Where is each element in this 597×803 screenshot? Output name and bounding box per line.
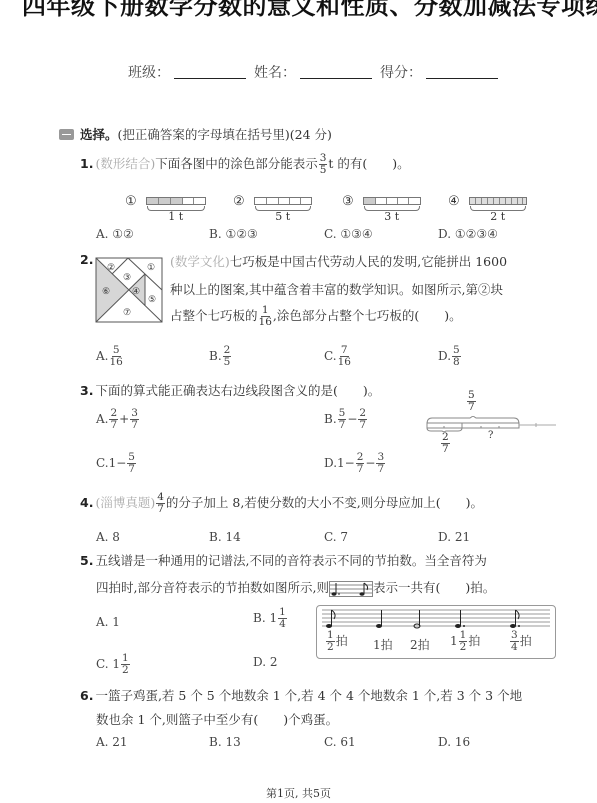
question-tag: (数形结合) [95, 156, 155, 171]
svg-text:⑤: ⑤ [148, 295, 156, 305]
whole: 1 [373, 638, 381, 652]
segment-bar [426, 416, 566, 432]
denominator: 7 [131, 420, 138, 431]
fraction: 27 [441, 432, 450, 455]
question-2-line-3: 占整个七巧板的116,涂色部分占整个七巧板的( )。 [170, 305, 462, 328]
score-label: 得分： [380, 62, 422, 82]
denominator: 7 [128, 464, 135, 475]
q5-option-c[interactable]: C. 112 [96, 653, 131, 676]
q5-option-b[interactable]: B. 114 [253, 607, 288, 630]
denominator: 7 [110, 420, 117, 431]
q1-figure-3: ③ 3 t [342, 190, 421, 209]
q2-option-d[interactable]: D.58 [438, 345, 462, 368]
q1-figure-1: ① 1 t [125, 190, 206, 209]
figure-mark: ④ [448, 194, 460, 209]
question-text: 下面的算式能正确表达右边线段图含义的是( )。 [95, 383, 380, 398]
expression-prefix: 1− [109, 456, 127, 470]
fraction: 27 [109, 408, 118, 431]
fraction: 516 [109, 345, 122, 368]
fraction: 57 [467, 390, 476, 413]
denominator: 16 [109, 357, 122, 368]
unit: 拍 [468, 634, 480, 648]
question-text: 七巧板是中国古代劳动人民的发明,它能拼出 1600 [230, 254, 507, 269]
unknown-mark: ? [488, 430, 493, 441]
question-5-line-1: 5.五线谱是一种通用的记谱法,不同的音符表示不同的节拍数。当全音符为 [80, 551, 487, 569]
denominator: 7 [339, 420, 346, 431]
q1-option-d[interactable]: D. ①②③④ [438, 227, 498, 241]
note-label-quarter: 1拍 [373, 636, 393, 653]
option-text: C. 1 [96, 657, 120, 671]
fraction: 57 [338, 408, 347, 431]
q1-figure-2: ② 5 t [233, 190, 312, 209]
question-3: 3.下面的算式能正确表达右边线段图含义的是( )。 [80, 381, 380, 399]
expression-prefix: 1− [337, 456, 355, 470]
denominator: 2 [122, 665, 129, 676]
bar-label: 2 t [470, 210, 526, 223]
section-header: 选择。 (把正确答案的字母填在括号里)(24 分) [59, 125, 332, 143]
fraction: 12 [459, 630, 468, 653]
bar-diagram: 5 t [254, 197, 312, 205]
denominator: 7 [157, 504, 164, 515]
option-letter: B. [324, 412, 337, 426]
fraction: 37 [376, 452, 385, 475]
question-5-line-2: 四拍时,部分音符表示的节拍数如图所示,则表示一共有( )拍。 [96, 578, 495, 597]
q6-option-a[interactable]: A. 21 [96, 735, 128, 749]
q3-option-c[interactable]: C.1−57 [96, 452, 137, 475]
q2-option-a[interactable]: A.516 [96, 345, 124, 368]
operator: − [347, 412, 357, 426]
svg-text:⑥: ⑥ [102, 287, 110, 297]
class-blank[interactable] [174, 77, 246, 79]
question-text: 占整个七巧板的 [170, 308, 258, 323]
fraction: 58 [452, 345, 461, 368]
question-tag: (数学文化) [170, 254, 230, 269]
denominator: 7 [357, 464, 364, 475]
fraction: 25 [223, 345, 232, 368]
fraction: 716 [338, 345, 351, 368]
svg-text:①: ① [147, 263, 155, 273]
q6-option-b[interactable]: B. 13 [209, 735, 241, 749]
question-2-number: 2. [80, 252, 95, 267]
question-2-line-2: 种以上的图案,其中蕴含着丰富的数学知识。如图所示,第②块 [170, 280, 503, 298]
option-letter: B. [209, 349, 222, 363]
tangram-diagram: ② ① ③ ⑥ ④ ⑤ ⑦ [95, 257, 163, 323]
page-footer: 第1页, 共5页 [0, 785, 597, 801]
question-number: 4. [80, 495, 93, 510]
denominator: 16 [259, 317, 272, 328]
note-label-dotted-quarter: 112拍 [450, 630, 480, 653]
section-instruction: (把正确答案的字母填在括号里)(24 分) [118, 125, 332, 143]
whole: 1 [450, 634, 458, 648]
question-6-line-2: 数也余 1 个,则篮子中至少有( )个鸡蛋。 [96, 710, 338, 728]
bar-label: 1 t [147, 210, 205, 223]
question-6-line-1: 6.一篮子鸡蛋,若 5 个 5 个地数余 1 个,若 4 个 4 个地数余 1 … [80, 686, 522, 704]
denominator: 2 [327, 642, 334, 653]
option-letter: D. [324, 456, 337, 470]
figure-mark: ① [125, 194, 137, 209]
denominator: 4 [511, 642, 518, 653]
class-label: 班级： [128, 62, 170, 82]
option-text: B. 1 [253, 611, 277, 625]
question-text: 一篮子鸡蛋,若 5 个 5 个地数余 1 个,若 4 个 4 个地数余 1 个,… [95, 688, 522, 703]
denominator: 7 [468, 402, 475, 413]
fraction: 27 [356, 452, 365, 475]
question-text: 五线谱是一种通用的记谱法,不同的音符表示不同的节拍数。当全音符为 [95, 553, 486, 568]
music-staff-figure: 12拍 1拍 2拍 112拍 34拍 [316, 605, 556, 659]
q4-option-b[interactable]: B. 14 [209, 530, 241, 544]
denominator: 8 [453, 357, 460, 368]
unit: 拍 [336, 634, 348, 648]
bar-label: 3 t [364, 210, 420, 223]
bar-diagram: 1 t [146, 197, 206, 205]
note-label-eighth: 12拍 [325, 630, 348, 653]
option-letter: C. [324, 349, 337, 363]
q3-option-d[interactable]: D.1−27−37 [324, 452, 386, 475]
minus-box-icon [59, 129, 74, 140]
fraction: 57 [127, 452, 136, 475]
q1-option-c[interactable]: C. ①③④ [324, 227, 373, 241]
fraction: 116 [259, 305, 272, 328]
score-blank[interactable] [426, 77, 498, 79]
svg-text:②: ② [107, 263, 115, 273]
note-label-dotted-eighth: 34拍 [509, 630, 532, 653]
question-tag: (淄博真题) [95, 495, 155, 510]
q5-option-a[interactable]: A. 1 [96, 615, 120, 629]
bar-diagram: 2 t [469, 197, 527, 205]
q4-option-a[interactable]: A. 8 [96, 530, 120, 544]
line-segment-diagram: 57 27 ? [426, 390, 566, 460]
q3-option-b[interactable]: B.57−27 [324, 408, 368, 431]
fraction: 47 [156, 492, 165, 515]
question-4: 4.(淄博真题)47的分子加上 8,若使分数的大小不变,则分母应加上( )。 [80, 492, 483, 515]
q6-option-d[interactable]: D. 16 [438, 735, 470, 749]
worksheet-title: 四年级下册数学分数的意义和性质、分数加减法专项练习 [22, 0, 597, 21]
whole: 2 [410, 638, 418, 652]
question-text: 下面各图中的涂色部分能表示 [155, 156, 318, 171]
fraction: 37 [130, 408, 139, 431]
question-text: 表示一共有( )拍。 [373, 580, 495, 595]
notes-inline-icon [329, 581, 373, 597]
fraction: 14 [278, 607, 287, 630]
student-info: 班级： 姓名： 得分： [128, 62, 506, 82]
figure-mark: ② [233, 194, 245, 209]
q4-option-c[interactable]: C. 7 [324, 530, 348, 544]
unit: 拍 [520, 634, 532, 648]
fraction: 12 [326, 630, 335, 653]
fraction: 12 [121, 653, 130, 676]
q3-option-a[interactable]: A.27+37 [96, 408, 140, 431]
question-number: 1. [80, 156, 93, 171]
denominator: 2 [460, 642, 467, 653]
name-label: 姓名： [254, 62, 296, 82]
denominator: 4 [279, 619, 286, 630]
question-text: ,涂色部分占整个七巧板的( )。 [273, 308, 462, 323]
denominator: 7 [359, 420, 366, 431]
question-1: 1.(数形结合)下面各图中的涂色部分能表示35t 的有( )。 [80, 153, 410, 176]
figure-mark: ③ [342, 194, 354, 209]
fraction: 35 [319, 153, 328, 176]
bar-diagram: 3 t [363, 197, 421, 205]
fraction: 34 [510, 630, 519, 653]
denominator: 5 [224, 357, 231, 368]
unit: 拍 [381, 638, 393, 652]
svg-text:⑦: ⑦ [123, 308, 131, 318]
question-text: 四拍时,部分音符表示的节拍数如图所示,则 [96, 580, 329, 595]
q6-option-c[interactable]: C. 61 [324, 735, 356, 749]
question-number: 3. [80, 383, 93, 398]
bar-label: 5 t [255, 210, 311, 223]
operator: − [365, 456, 375, 470]
svg-text:④: ④ [132, 287, 140, 297]
option-letter: C. [96, 456, 109, 470]
svg-text:③: ③ [123, 273, 131, 283]
question-text: t 的有( )。 [328, 156, 409, 171]
fraction: 27 [358, 408, 367, 431]
q1-figure-4: ④ 2 t [448, 190, 527, 209]
denominator: 7 [442, 444, 449, 455]
q2-option-c[interactable]: C.716 [324, 345, 352, 368]
note-label-half: 2拍 [410, 636, 430, 653]
question-2-line-1: (数学文化)七巧板是中国古代劳动人民的发明,它能拼出 1600 [170, 252, 507, 270]
q1-option-a[interactable]: A. ①② [96, 227, 134, 241]
operator: + [119, 412, 129, 426]
denominator: 5 [320, 165, 327, 176]
question-number: 6. [80, 688, 93, 703]
denominator: 7 [377, 464, 384, 475]
q2-option-b[interactable]: B.25 [209, 345, 232, 368]
staff-lines [317, 606, 555, 630]
denominator: 16 [338, 357, 351, 368]
option-letter: A. [96, 412, 108, 426]
question-text: 的分子加上 8,若使分数的大小不变,则分母应加上( )。 [166, 495, 483, 510]
q5-option-d[interactable]: D. 2 [253, 655, 277, 669]
option-letter: A. [96, 349, 108, 363]
question-number: 5. [80, 553, 93, 568]
unit: 拍 [418, 638, 430, 652]
question-number: 2. [80, 252, 93, 267]
name-blank[interactable] [300, 77, 372, 79]
option-letter: D. [438, 349, 451, 363]
q4-option-d[interactable]: D. 21 [438, 530, 470, 544]
q1-option-b[interactable]: B. ①②③ [209, 227, 258, 241]
section-label: 选择。 [80, 125, 118, 143]
